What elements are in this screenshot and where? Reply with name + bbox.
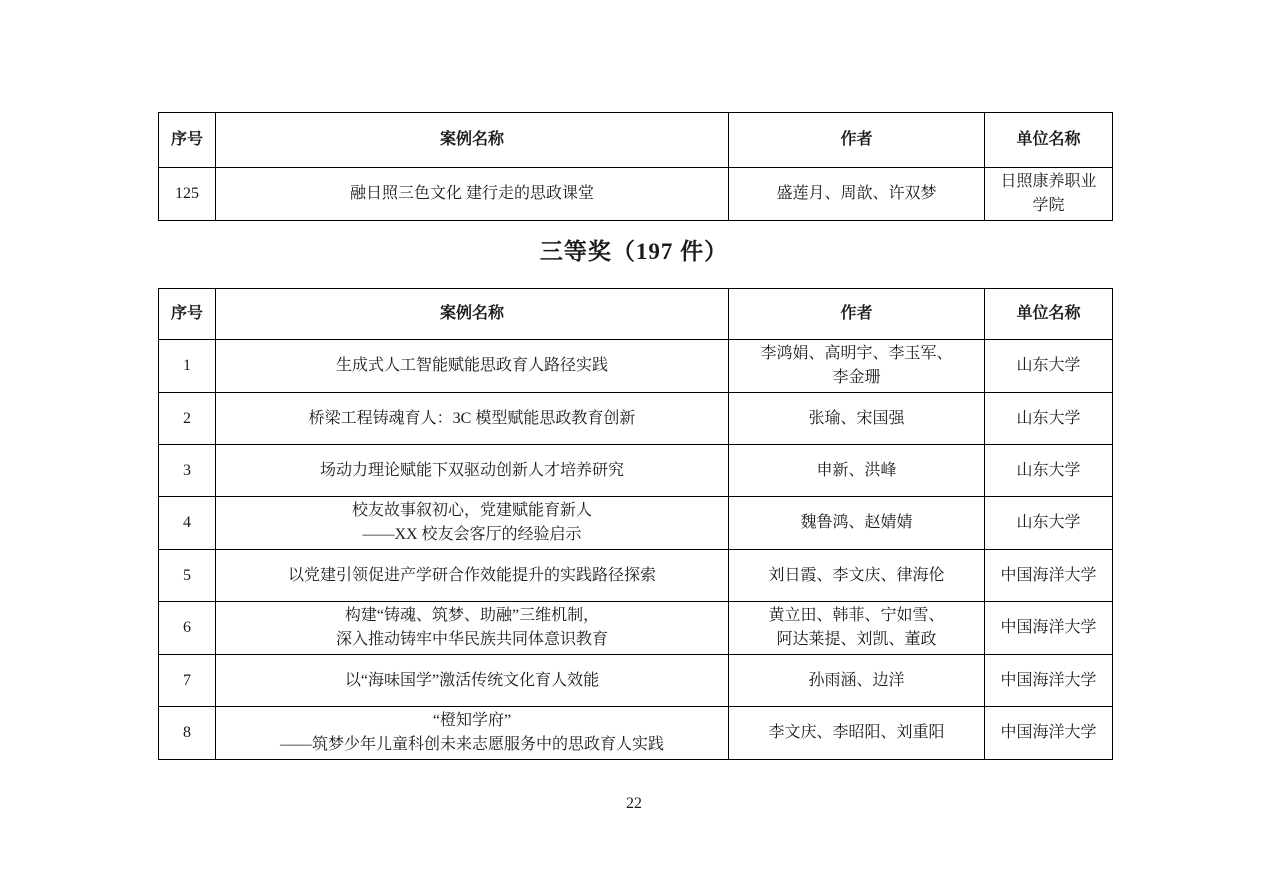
- organization-cell: 山东大学: [985, 497, 1113, 550]
- serial-cell: 4: [159, 497, 216, 550]
- case-name-cell: 融日照三色文化 建行走的思政课堂: [216, 168, 729, 221]
- col-header-serial: 序号: [159, 113, 216, 168]
- case-name-cell: 生成式人工智能赋能思政育人路径实践: [216, 340, 729, 393]
- col-header-authors: 作者: [729, 289, 985, 340]
- table-row: 2 桥梁工程铸魂育人：3C 模型赋能思政教育创新 张瑜、宋国强 山东大学: [159, 393, 1113, 445]
- authors-cell: 黄立田、韩菲、宁如雪、 阿达莱提、刘凯、董政: [729, 602, 985, 655]
- table-row: 8 “橙知学府” ——筑梦少年儿童科创未来志愿服务中的思政育人实践 李文庆、李昭…: [159, 707, 1113, 760]
- table-row: 1 生成式人工智能赋能思政育人路径实践 李鸿娟、高明宇、李玉军、 李金珊 山东大…: [159, 340, 1113, 393]
- table-row: 3 场动力理论赋能下双驱动创新人才培养研究 申新、洪峰 山东大学: [159, 445, 1113, 497]
- document-page: 序号 案例名称 作者 单位名称 125 融日照三色文化 建行走的思政课堂 盛莲月…: [0, 0, 1268, 889]
- serial-cell: 2: [159, 393, 216, 445]
- col-header-organization: 单位名称: [985, 289, 1113, 340]
- authors-cell: 刘日霞、李文庆、律海伦: [729, 550, 985, 602]
- table-header-row: 序号 案例名称 作者 单位名称: [159, 113, 1113, 168]
- organization-cell: 中国海洋大学: [985, 602, 1113, 655]
- organization-cell: 山东大学: [985, 445, 1113, 497]
- page-number: 22: [0, 795, 1268, 813]
- organization-cell: 山东大学: [985, 393, 1113, 445]
- authors-cell: 李文庆、李昭阳、刘重阳: [729, 707, 985, 760]
- serial-cell: 8: [159, 707, 216, 760]
- authors-cell: 盛莲月、周歆、许双梦: [729, 168, 985, 221]
- col-header-case-name: 案例名称: [216, 289, 729, 340]
- award-table-third-prize: 序号 案例名称 作者 单位名称 1 生成式人工智能赋能思政育人路径实践 李鸿娟、…: [158, 288, 1113, 760]
- serial-cell: 5: [159, 550, 216, 602]
- col-header-serial: 序号: [159, 289, 216, 340]
- authors-cell: 魏鲁鸿、赵婧婧: [729, 497, 985, 550]
- authors-cell: 申新、洪峰: [729, 445, 985, 497]
- col-header-organization: 单位名称: [985, 113, 1113, 168]
- table-row: 7 以“海味国学”激活传统文化育人效能 孙雨涵、边洋 中国海洋大学: [159, 655, 1113, 707]
- table-header-row: 序号 案例名称 作者 单位名称: [159, 289, 1113, 340]
- organization-cell: 日照康养职业 学院: [985, 168, 1113, 221]
- table-row: 125 融日照三色文化 建行走的思政课堂 盛莲月、周歆、许双梦 日照康养职业 学…: [159, 168, 1113, 221]
- case-name-cell: 场动力理论赋能下双驱动创新人才培养研究: [216, 445, 729, 497]
- serial-cell: 125: [159, 168, 216, 221]
- case-name-cell: “橙知学府” ——筑梦少年儿童科创未来志愿服务中的思政育人实践: [216, 707, 729, 760]
- organization-cell: 山东大学: [985, 340, 1113, 393]
- serial-cell: 3: [159, 445, 216, 497]
- organization-cell: 中国海洋大学: [985, 707, 1113, 760]
- organization-cell: 中国海洋大学: [985, 655, 1113, 707]
- table-row: 5 以党建引领促进产学研合作效能提升的实践路径探索 刘日霞、李文庆、律海伦 中国…: [159, 550, 1113, 602]
- case-name-cell: 构建“铸魂、筑梦、助融”三维机制， 深入推动铸牢中华民族共同体意识教育: [216, 602, 729, 655]
- serial-cell: 1: [159, 340, 216, 393]
- authors-cell: 李鸿娟、高明宇、李玉军、 李金珊: [729, 340, 985, 393]
- authors-cell: 孙雨涵、边洋: [729, 655, 985, 707]
- authors-cell: 张瑜、宋国强: [729, 393, 985, 445]
- case-name-cell: 桥梁工程铸魂育人：3C 模型赋能思政教育创新: [216, 393, 729, 445]
- award-table-continuation: 序号 案例名称 作者 单位名称 125 融日照三色文化 建行走的思政课堂 盛莲月…: [158, 112, 1113, 221]
- col-header-case-name: 案例名称: [216, 113, 729, 168]
- organization-cell: 中国海洋大学: [985, 550, 1113, 602]
- serial-cell: 6: [159, 602, 216, 655]
- col-header-authors: 作者: [729, 113, 985, 168]
- section-title: 三等奖（197 件）: [0, 233, 1268, 266]
- case-name-cell: 以“海味国学”激活传统文化育人效能: [216, 655, 729, 707]
- serial-cell: 7: [159, 655, 216, 707]
- table-row: 6 构建“铸魂、筑梦、助融”三维机制， 深入推动铸牢中华民族共同体意识教育 黄立…: [159, 602, 1113, 655]
- case-name-cell: 校友故事叙初心，党建赋能育新人 ——XX 校友会客厅的经验启示: [216, 497, 729, 550]
- case-name-cell: 以党建引领促进产学研合作效能提升的实践路径探索: [216, 550, 729, 602]
- table-row: 4 校友故事叙初心，党建赋能育新人 ——XX 校友会客厅的经验启示 魏鲁鸿、赵婧…: [159, 497, 1113, 550]
